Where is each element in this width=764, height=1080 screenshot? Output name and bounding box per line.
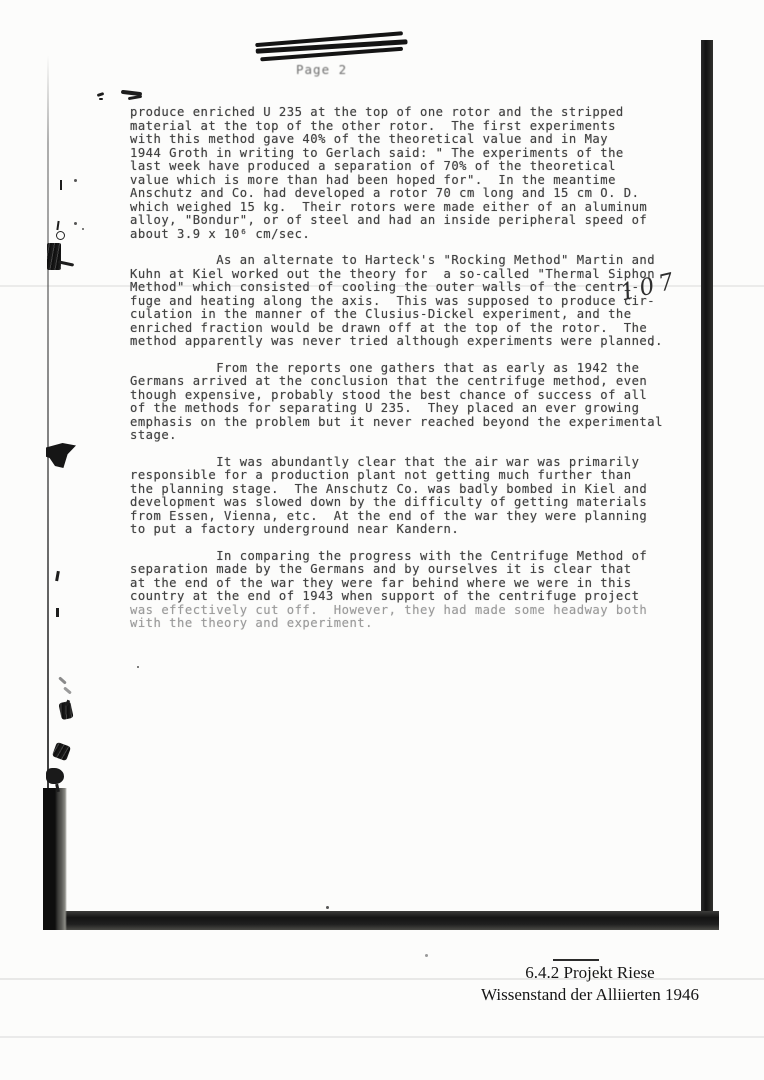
text-line: value which is more than had been hoped … <box>130 174 690 188</box>
caption-line-2: Wissenstand der Alliierten 1946 <box>440 984 740 1006</box>
text-line: culation in the manner of the Clusius-Di… <box>130 308 690 322</box>
ink-speck <box>74 222 77 225</box>
text-line: stage. <box>130 429 690 443</box>
scan-border-left-bar <box>43 788 67 930</box>
text-line: development was slowed down by the diffi… <box>130 496 690 510</box>
text-line: produce enriched U 235 at the top of one… <box>130 106 690 120</box>
paragraph: It was abundantly clear that the air war… <box>130 456 690 537</box>
ink-speck <box>137 666 139 668</box>
scan-streak <box>0 1036 764 1038</box>
ink-speck <box>326 906 329 909</box>
ink-mark <box>128 95 142 100</box>
text-line: 1944 Groth in writing to Gerlach said: "… <box>130 147 690 161</box>
caption-line-1: 6.4.2 Projekt Riese <box>440 962 740 984</box>
scan-border-right <box>701 40 713 924</box>
text-line: material at the top of the other rotor. … <box>130 120 690 134</box>
text-line: country at the end of 1943 when support … <box>130 590 690 604</box>
ink-mark <box>63 686 72 694</box>
text-line: of the methods for separating U 235. The… <box>130 402 690 416</box>
text-line: From the reports one gathers that as ear… <box>130 362 690 376</box>
text-line: fuge and heating along the axis. This wa… <box>130 295 690 309</box>
ink-blot <box>46 768 64 784</box>
text-line: to put a factory underground near Kander… <box>130 523 690 537</box>
ink-mark <box>55 571 59 581</box>
text-line: at the end of the war they were far behi… <box>130 577 690 591</box>
text-line: from Essen, Vienna, etc. At the end of t… <box>130 510 690 524</box>
text-line: As an alternate to Harteck's "Rocking Me… <box>130 254 690 268</box>
text-line: was effectively cut off. However, they h… <box>130 604 690 618</box>
ink-mark <box>99 98 103 100</box>
ink-mark <box>60 180 62 190</box>
text-line: which weighed 15 kg. Their rotors were m… <box>130 201 690 215</box>
text-line: though expensive, probably stood the bes… <box>130 389 690 403</box>
ink-scribble <box>52 742 71 761</box>
paragraph: From the reports one gathers that as ear… <box>130 362 690 443</box>
text-line: method apparently was never tried althou… <box>130 335 690 349</box>
text-line: last week have produced a separation of … <box>130 160 690 174</box>
text-line: Method" which consisted of cooling the o… <box>130 281 690 295</box>
ink-speck <box>82 228 84 230</box>
text-line: responsible for a production plant not g… <box>130 469 690 483</box>
text-line: about 3.9 x 10⁶ cm/sec. <box>130 228 690 242</box>
ink-mark <box>56 608 59 617</box>
ink-mark <box>58 676 67 684</box>
text-line: with this method gave 40% of the theoret… <box>130 133 690 147</box>
text-line: Germans arrived at the conclusion that t… <box>130 375 690 389</box>
text-line: separation made by the Germans and by ou… <box>130 563 690 577</box>
text-line: emphasis on the problem but it never rea… <box>130 416 690 430</box>
text-line: with the theory and experiment. <box>130 617 690 631</box>
paragraph: produce enriched U 235 at the top of one… <box>130 106 690 241</box>
text-line: It was abundantly clear that the air war… <box>130 456 690 470</box>
text-line: Kuhn at Kiel worked out the theory for a… <box>130 268 690 282</box>
ink-speck <box>74 179 77 182</box>
caption-rule <box>553 959 599 961</box>
text-line: In comparing the progress with the Centr… <box>130 550 690 564</box>
scan-border-left-line <box>47 55 49 791</box>
scanned-document-page: Page 2 produce enriched U 235 at the top… <box>0 0 764 1080</box>
text-line: enriched fraction would be drawn off at … <box>130 322 690 336</box>
ink-mark <box>56 231 65 240</box>
text-line: the planning stage. The Anschutz Co. was… <box>130 483 690 497</box>
ink-scribble <box>47 243 61 270</box>
ink-mark <box>56 221 59 230</box>
ink-speck <box>425 954 428 957</box>
page-number: Page 2 <box>296 62 347 77</box>
ink-mark <box>97 92 105 97</box>
ink-blot <box>46 443 76 468</box>
paragraph: In comparing the progress with the Centr… <box>130 550 690 631</box>
text-line: Anschutz and Co. had developed a rotor 7… <box>130 187 690 201</box>
figure-caption: 6.4.2 Projekt Riese Wissenstand der Alli… <box>440 962 740 1005</box>
text-line: alloy, "Bondur", or of steel and had an … <box>130 214 690 228</box>
ink-mark <box>55 784 59 792</box>
scan-border-bottom <box>43 911 719 930</box>
paragraph: As an alternate to Harteck's "Rocking Me… <box>130 254 690 349</box>
typewritten-body: produce enriched U 235 at the top of one… <box>130 106 690 644</box>
